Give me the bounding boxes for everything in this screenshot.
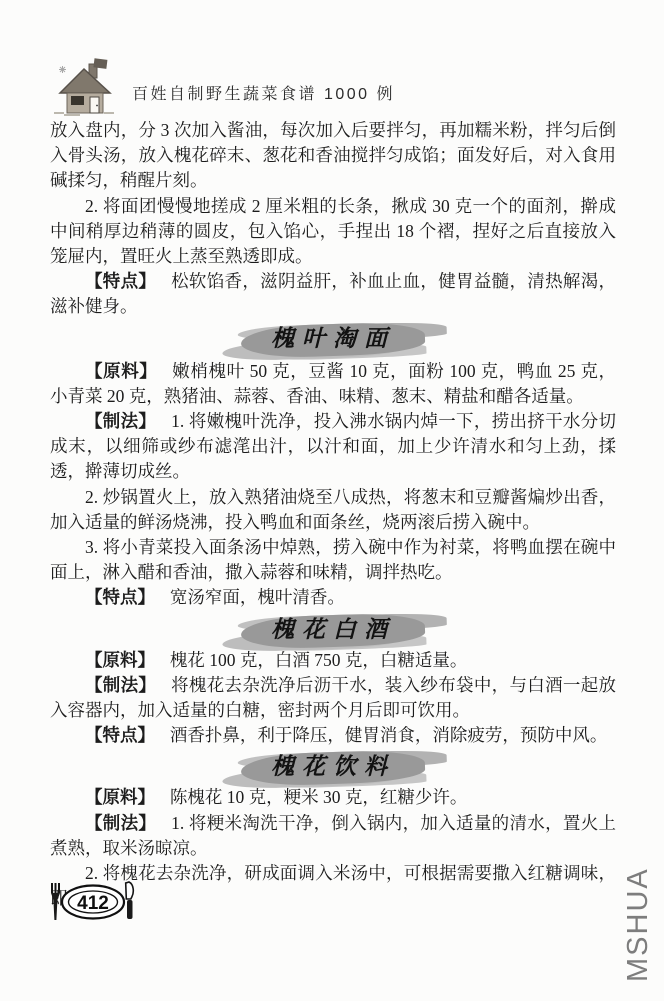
page-header: 百姓自制野生蔬菜食谱 1000 例 xyxy=(52,58,395,116)
sun-icon xyxy=(59,66,66,73)
brush-stroke: 槐叶淘面 xyxy=(243,322,423,358)
page-content: 放入盘内，分 3 次加入酱油，每次加入后要拌匀，再加糯米粉，拌匀后倒入骨头汤，放… xyxy=(50,118,616,911)
method-label: 【制法】 xyxy=(85,813,156,833)
watermark: MSHUA xyxy=(622,867,655,982)
ingredients-label: 【原料】 xyxy=(85,650,155,670)
method-step: 3. 将小青菜投入面条汤中焯熟，捞入碗中作为衬菜，将鸭血摆在碗中面上，淋入醋和香… xyxy=(50,535,616,585)
page-number: 412 xyxy=(77,893,109,914)
recipe-title-text: 槐叶淘面 xyxy=(271,326,395,351)
paragraph-step: 2. 将面团慢慢地搓成 2 厘米粗的长条，揪成 30 克一个的面剂，擀成中间稍厚… xyxy=(50,194,616,270)
paragraph-continued: 放入盘内，分 3 次加入酱油，每次加入后要拌匀，再加糯米粉，拌匀后倒入骨头汤，放… xyxy=(50,118,616,194)
feature-text: 酒香扑鼻，利于降压，健胃消食，消除疲劳，预防中风。 xyxy=(170,725,608,745)
brush-stroke: 槐花白酒 xyxy=(243,613,423,649)
recipe-title-huaiyetaomian: 槐叶淘面 xyxy=(50,322,616,358)
ingredients-paragraph: 【原料】陈槐花 10 克，粳米 30 克，红糖少许。 xyxy=(50,785,616,810)
method-label: 【制法】 xyxy=(85,675,156,695)
feature-label: 【特点】 xyxy=(85,271,156,291)
ingredients-text: 陈槐花 10 克，粳米 30 克，红糖少许。 xyxy=(170,787,468,807)
method-paragraph: 【制法】1. 将粳米淘洗干净，倒入锅内，加入适量的清水，置火上煮熟，取米汤晾凉。 xyxy=(50,811,616,861)
book-title: 百姓自制野生蔬菜食谱 1000 例 xyxy=(132,71,395,104)
recipe-title-text: 槐花白酒 xyxy=(271,617,395,642)
ingredients-paragraph: 【原料】嫩梢槐叶 50 克，豆酱 10 克，面粉 100 克，鸭血 25 克，小… xyxy=(50,359,616,409)
method-step: 2. 炒锅置火上，放入熟猪油烧至八成热，将葱末和豆瓣酱煸炒出香，加入适量的鲜汤烧… xyxy=(50,485,616,535)
recipe-title-huaihuabaijiu: 槐花白酒 xyxy=(50,613,616,647)
method-paragraph: 【制法】将槐花去杂洗净后沥干水，装入纱布袋中，与白酒一起放入容器内，加入适量的白… xyxy=(50,673,616,723)
brush-stroke: 槐花饮料 xyxy=(243,750,423,786)
knife-icon xyxy=(126,882,134,919)
book-page: 百姓自制野生蔬菜食谱 1000 例 放入盘内，分 3 次加入酱油，每次加入后要拌… xyxy=(0,0,664,1001)
feature-paragraph: 【特点】松软馅香，滋阴益肝，补血止血，健胃益髓，清热解渴，滋补健身。 xyxy=(50,269,616,319)
feature-text: 宽汤窄面，槐叶清香。 xyxy=(170,587,345,607)
feature-label: 【特点】 xyxy=(85,587,155,607)
feature-paragraph: 【特点】宽汤窄面，槐叶清香。 xyxy=(50,585,616,610)
method-paragraph: 【制法】1. 将嫩槐叶洗净，投入沸水锅内焯一下，捞出挤干水分切成末，以细筛或纱布… xyxy=(50,409,616,485)
recipe-title-huaihuayinliao: 槐花饮料 xyxy=(50,750,616,784)
page-number-badge: 412 xyxy=(42,878,140,930)
recipe-title-text: 槐花饮料 xyxy=(271,754,395,779)
ingredients-label: 【原料】 xyxy=(85,361,157,381)
method-label: 【制法】 xyxy=(85,411,156,431)
house-icon xyxy=(52,58,116,116)
ingredients-text: 槐花 100 克，白酒 750 克，白糖适量。 xyxy=(170,650,468,670)
feature-paragraph: 【特点】酒香扑鼻，利于降压，健胃消食，消除疲劳，预防中风。 xyxy=(50,723,616,748)
roof xyxy=(60,69,110,93)
smoke xyxy=(93,58,107,69)
fork-icon xyxy=(51,883,60,920)
window xyxy=(71,96,84,105)
ingredients-label: 【原料】 xyxy=(85,787,155,807)
feature-label: 【特点】 xyxy=(85,725,155,745)
ingredients-paragraph: 【原料】槐花 100 克，白酒 750 克，白糖适量。 xyxy=(50,648,616,673)
